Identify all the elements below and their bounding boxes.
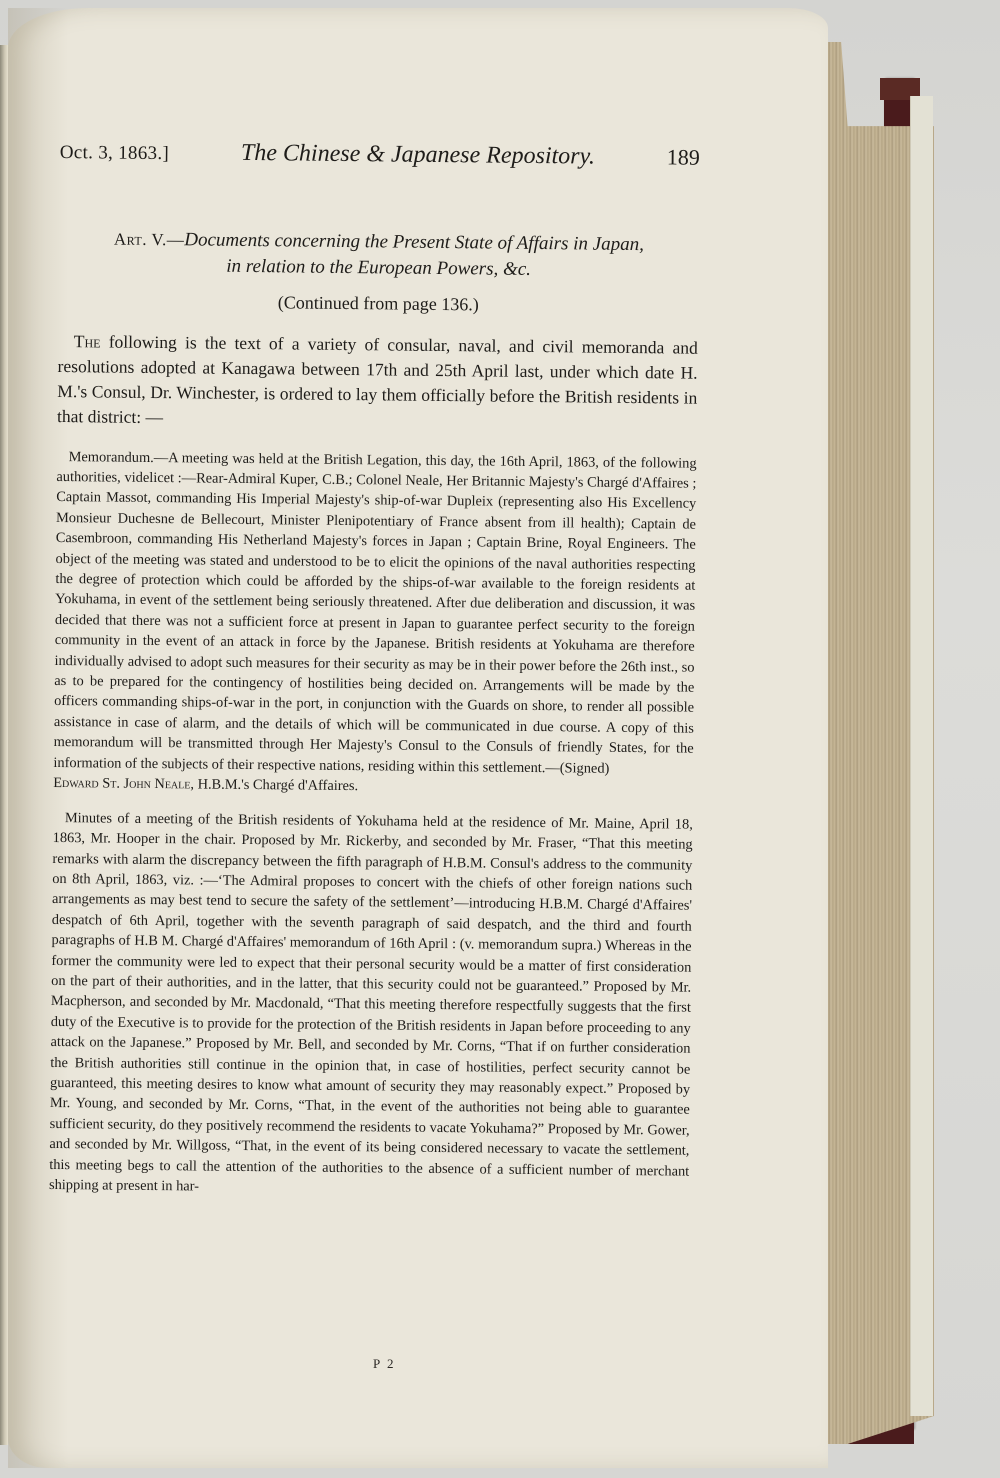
continued-note: (Continued from page 136.) [58,290,698,318]
page-number: 189 [667,144,700,170]
running-head-date: Oct. 3, 1863.] [60,142,169,165]
facing-page-edge [0,45,8,1445]
signature-mark: P 2 [373,1356,396,1372]
journal-title: The Chinese & Japanese Repository. [241,140,595,171]
running-head: Oct. 3, 1863.] The Chinese & Japanese Re… [60,138,700,185]
article-label: Art. V.— [114,230,185,250]
minutes-paragraph: Minutes of a meeting of the British resi… [49,808,693,1202]
intro-text: following is the text of a variety of co… [57,331,698,427]
endpaper [910,96,933,1416]
article-title: Art. V.—Documents concerning the Present… [59,226,700,285]
article-title-line1: Documents concerning the Present State o… [184,229,644,255]
memorandum-text: Memorandum.—A meeting was held at the Br… [53,449,696,777]
book-page: Oct. 3, 1863.] The Chinese & Japanese Re… [8,8,828,1468]
memorandum-paragraph: Memorandum.—A meeting was held at the Br… [53,446,697,800]
memorandum-signature: Edward St. John Neale, H.B.M.'s Chargé d… [53,773,693,800]
page-content: Oct. 3, 1863.] The Chinese & Japanese Re… [49,138,700,1217]
signatory-title: , H.B.M.'s Chargé d'Affaires. [190,776,358,794]
signatory-name: Edward St. John Neale [53,775,190,792]
intro-lead-word: The [74,331,101,351]
intro-paragraph: The following is the text of a variety o… [57,329,698,436]
